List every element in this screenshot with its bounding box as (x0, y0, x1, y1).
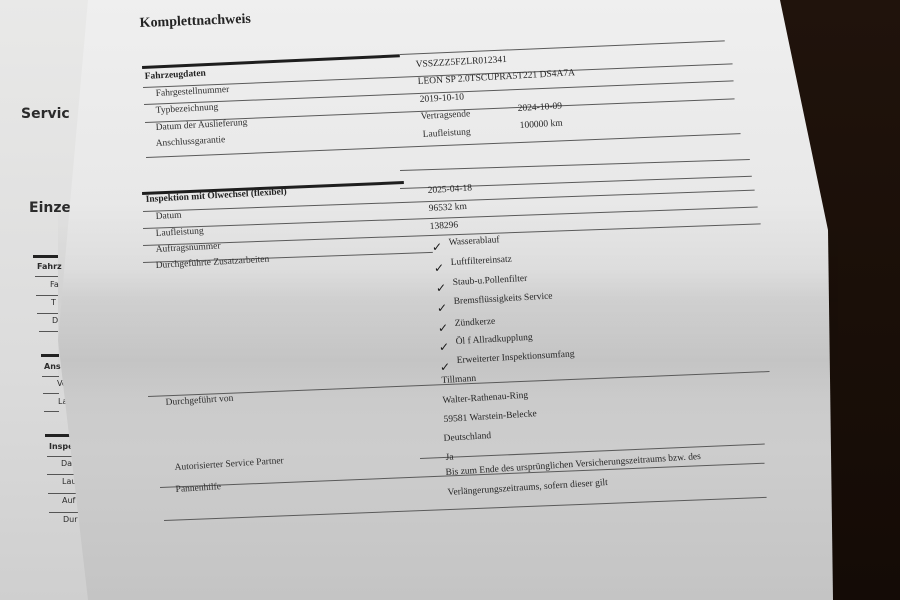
additional-work-item: Bremsflüssigkeits Service (453, 291, 552, 307)
additional-work-item: Zündkerze (454, 317, 495, 329)
vin-value: VSSZZZ5FZLR012341 (415, 55, 507, 70)
row-rule (400, 40, 725, 55)
inspection-mileage-value: 96532 km (428, 202, 467, 214)
komplettnachweis-document: Komplettnachweis Fahrzeugdaten VSSZZZ5FZ… (0, 0, 900, 600)
additional-work-item: Öl f Allradkupplung (455, 333, 533, 347)
extended-warranty-label: Anschlussgarantie (155, 135, 225, 149)
check-icon: ✓ (440, 360, 450, 374)
section-divider (142, 54, 400, 69)
performed-by-line: Tillmann (441, 374, 476, 386)
photo-scene: Servic Einze Fahrz Fa T D Ans Ve La Insp… (0, 0, 900, 600)
document-title: Komplettnachweis (139, 12, 251, 32)
contract-end-label: Vertragsende (420, 109, 470, 122)
breakdown-assistance-label: Pannenhilfe (175, 482, 221, 495)
additional-work-label: Durchgeführte Zusatzarbeiten (155, 255, 269, 271)
performed-by-line: Walter-Rathenau-Ring (442, 391, 528, 406)
check-icon: ✓ (439, 340, 449, 354)
order-number-label: Auftragsnummer (155, 241, 220, 255)
additional-work-item: Staub-u.Pollenfilter (452, 274, 527, 288)
authorized-partner-label: Autorisierter Service Partner (174, 456, 284, 473)
row-rule (400, 159, 750, 171)
mileage-limit-value: 100000 km (519, 119, 563, 131)
check-icon: ✓ (434, 261, 444, 275)
inspection-date-value: 2025-04-18 (427, 184, 472, 196)
contract-end-value: 2024-10-09 (517, 102, 562, 114)
type-value: LEON SP 2.0TSCUPRA5T221 DS4A7A (417, 68, 575, 87)
performed-by-line: 59581 Warstein-Belecke (443, 409, 537, 425)
row-rule (164, 497, 767, 521)
inspection-mileage-label: Laufleistung (155, 226, 203, 239)
breakdown-assistance-value-line2: Verlängerungszeitraums, sofern dieser gi… (447, 478, 608, 498)
check-icon: ✓ (438, 321, 448, 335)
additional-work-item: Erweiterter Inspektionsumfang (456, 349, 574, 366)
inspection-date-label: Datum (155, 211, 181, 222)
row-rule (420, 444, 765, 459)
check-icon: ✓ (432, 240, 442, 254)
performed-by-line: Deutschland (443, 431, 491, 444)
type-label: Typbezeichnung (155, 103, 218, 116)
vehicle-section-heading: Fahrzeugdaten (144, 69, 206, 82)
authorized-partner-value: Ja (445, 453, 454, 463)
additional-work-item: Wasserablauf (448, 235, 499, 248)
check-icon: ✓ (437, 301, 447, 315)
additional-work-item: Luftfiltereinsatz (450, 255, 512, 268)
check-icon: ✓ (436, 281, 446, 295)
mileage-limit-label: Laufleistung (422, 127, 470, 140)
order-number-value: 138296 (429, 220, 458, 232)
delivery-date-value: 2019-10-10 (419, 93, 464, 105)
